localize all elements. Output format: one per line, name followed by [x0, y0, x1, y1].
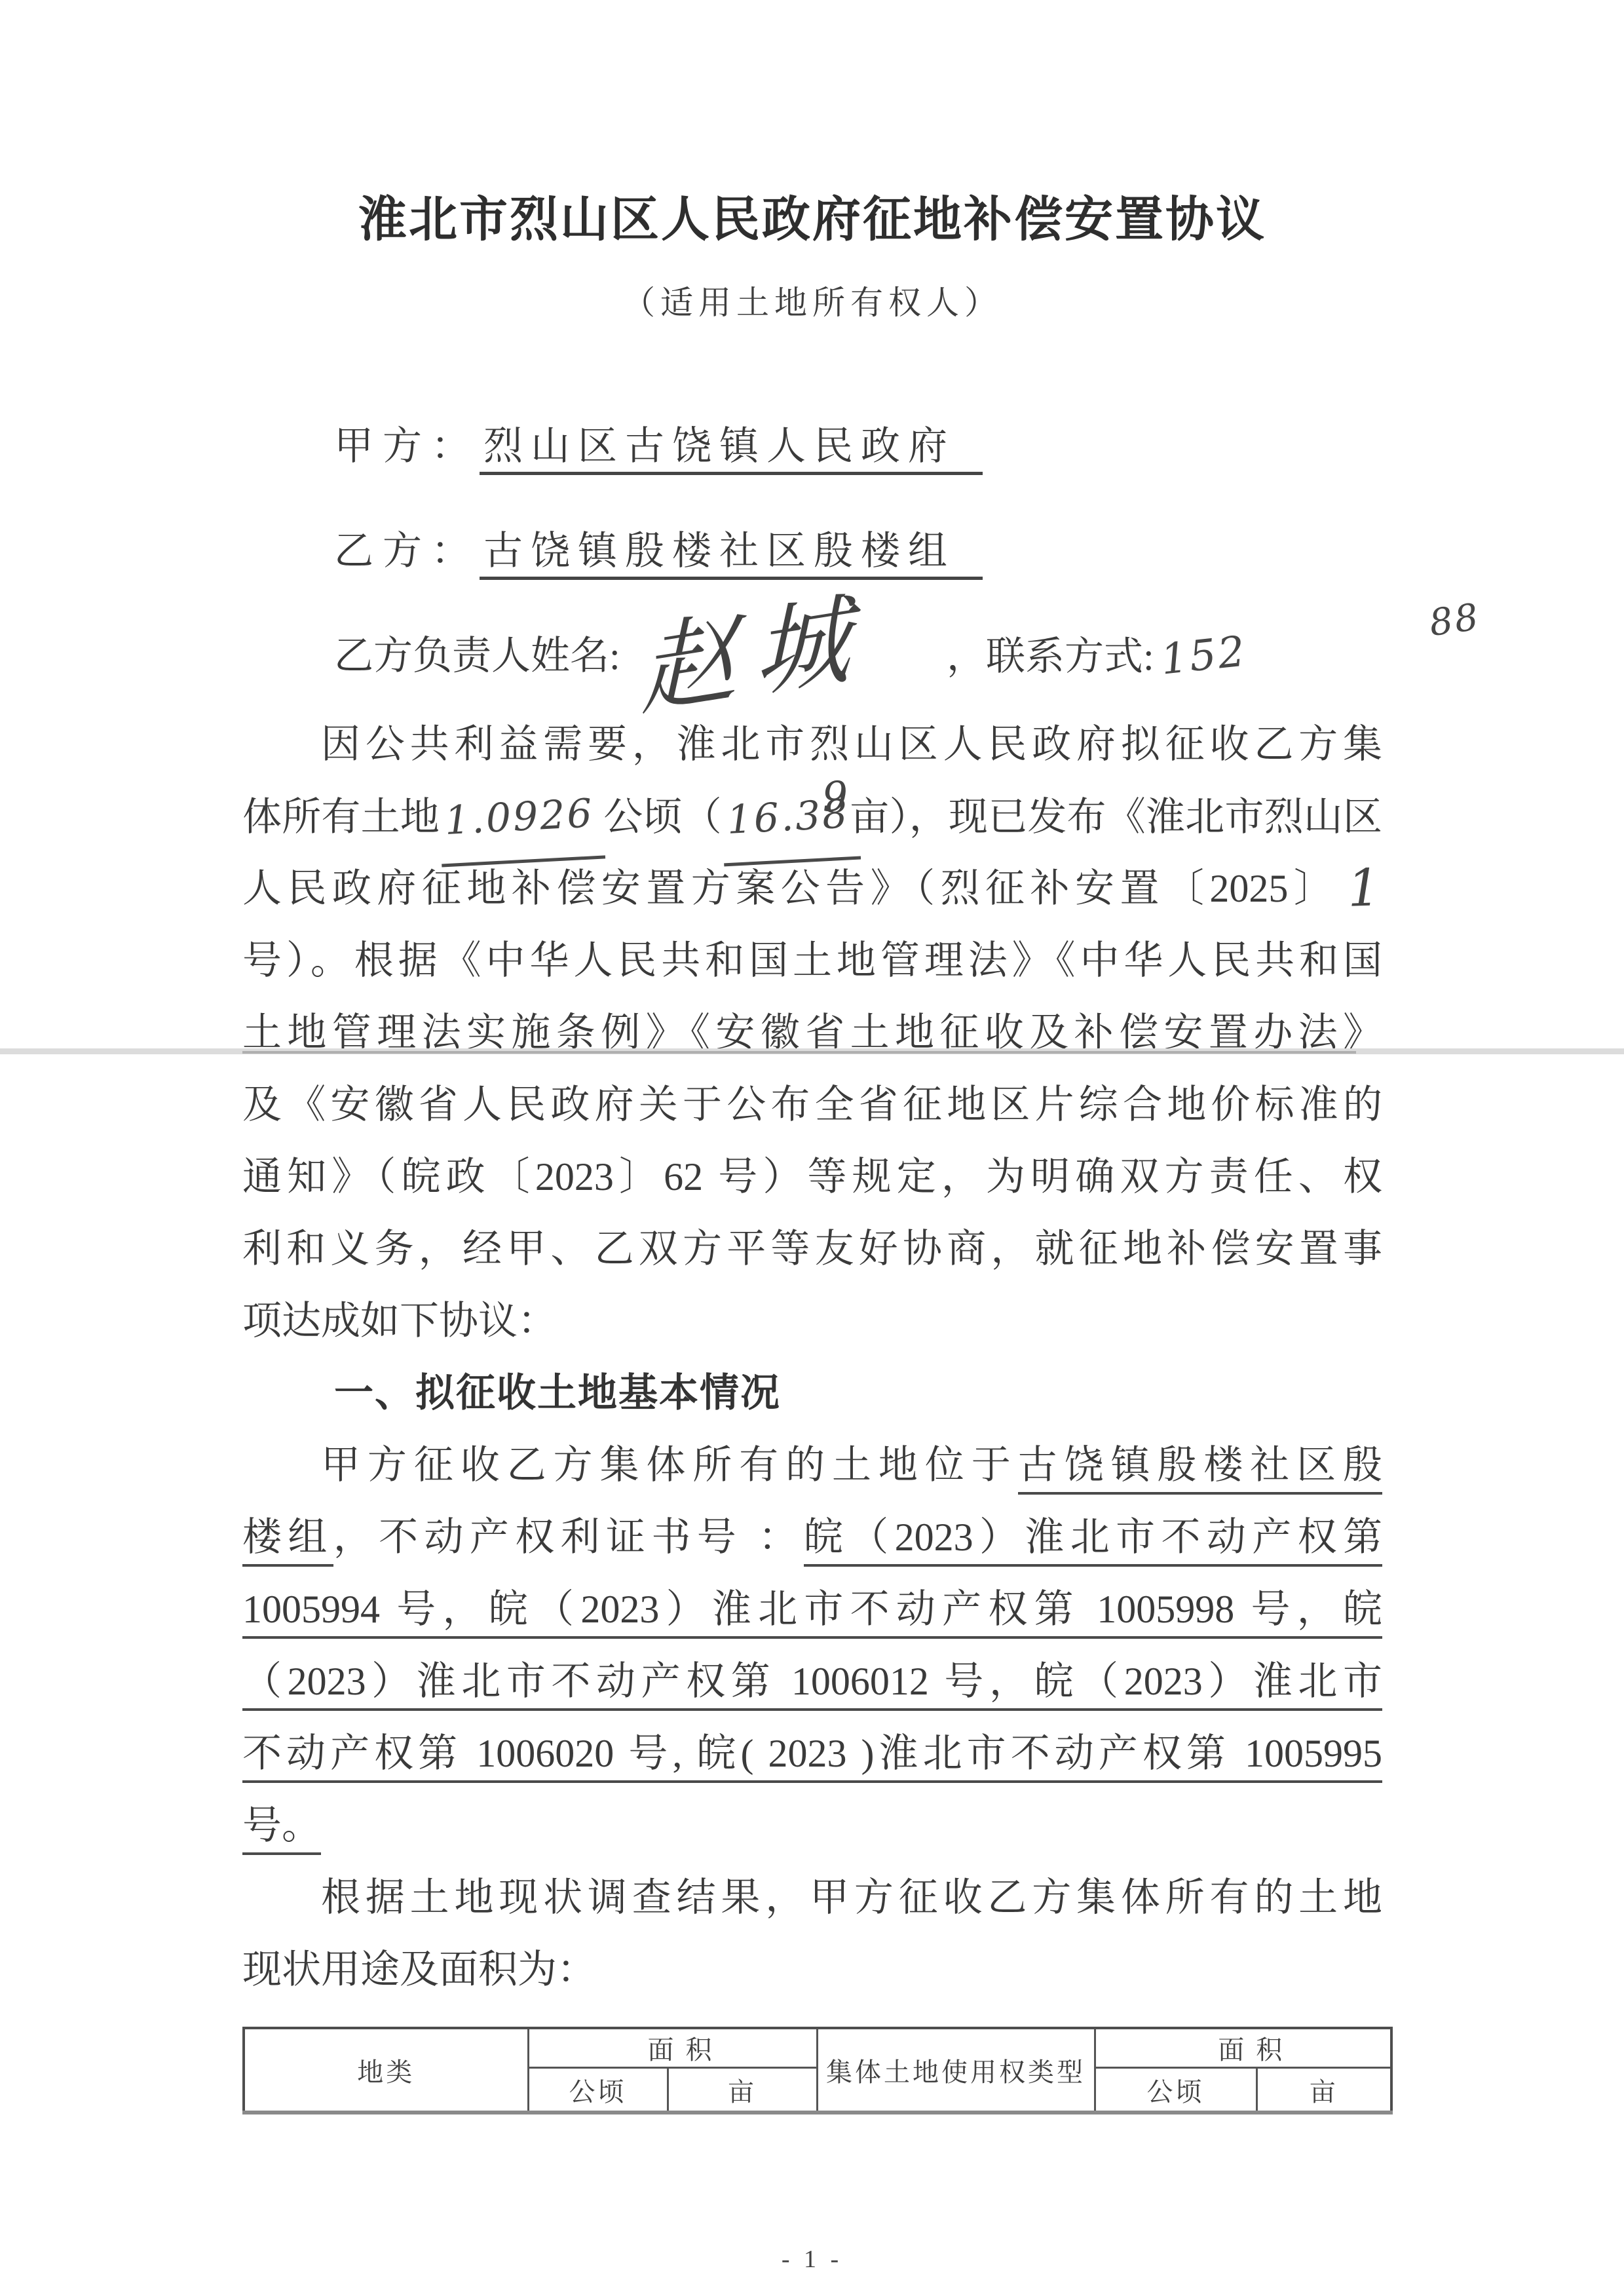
table-header-mu-right: 亩 [1256, 2068, 1391, 2113]
text-line: 1005994 号，皖（2023）淮北市不动产权第 1005998 号，皖 [242, 1573, 1382, 1645]
printed-text: 亩），现已发布《淮北市烈山区 [850, 795, 1382, 839]
printed-text: 号）。根据《中华人民共和国土地管理法》《中华人民共和国 [242, 939, 1382, 982]
text-line: 号。 [242, 1789, 1382, 1862]
handwritten-text: 9 [820, 760, 852, 833]
phone-handwriting: 152 [1157, 615, 1250, 697]
printed-text: 皖（2023）淮北市不动产权第 [804, 1516, 1382, 1567]
printed-text: 古饶镇殷楼社区殷 [1018, 1444, 1382, 1495]
printed-text: ，不动产权利证书号 ： [333, 1516, 804, 1559]
table-header-area-right: 面 积 [1095, 2028, 1391, 2068]
text-line: 现状用途及面积为： [242, 1934, 1382, 2006]
table-header-row-1: 地类 面 积 集体土地使用权类型 面 积 [244, 2028, 1391, 2068]
text-line: 通知》（皖政〔2023〕62 号）等规定，为明确双方责任、权 [242, 1141, 1382, 1213]
text-line: 及《安徽省人民政府关于公布全省征地区片综合地价标准的 [242, 1069, 1382, 1141]
table-header-right-type: 集体土地使用权类型 [817, 2028, 1095, 2113]
phone-fragment-handwriting: 88 [1425, 581, 1485, 660]
printed-text: 人民政府征地补偿安置方案公告》（烈征补安置〔2025〕 [242, 867, 1338, 910]
document-title: 淮北市烈山区人民政府征地补偿安置协议 [242, 0, 1382, 251]
text-line: 因公共利益需要，淮北市烈山区人民政府拟征收乙方集 [242, 708, 1382, 780]
text-line: （2023）淮北市不动产权第 1006012 号，皖（2023）淮北市 [242, 1645, 1382, 1717]
paragraph-preamble: 因公共利益需要，淮北市烈山区人民政府拟征收乙方集体所有土地1.0926公顷（16… [242, 708, 1382, 1357]
scan-artifact-line [242, 1051, 1356, 1054]
printed-text: 因公共利益需要，淮北市烈山区人民政府拟征收乙方集 [321, 723, 1382, 766]
printed-text: 不动产权第 1006020 号, 皖( 2023 )淮北市不动产权第 10059… [242, 1732, 1382, 1783]
document-content: 淮北市烈山区人民政府征地补偿安置协议 （适用土地所有权人） 甲方：烈山区古饶镇人… [242, 0, 1382, 2114]
table-header-mu-left: 亩 [668, 2068, 817, 2113]
party-b-line: 乙方：古饶镇殷楼社区殷楼组 [242, 514, 1382, 588]
party-a-label: 甲方： [334, 425, 480, 468]
printed-text: 甲方征收乙方集体所有的土地位于 [321, 1444, 1018, 1487]
printed-text: 通知》（皖政〔2023〕62 号）等规定，为明确双方责任、权 [242, 1155, 1382, 1198]
table-header-hectare-left: 公顷 [528, 2068, 668, 2113]
printed-text: 项达成如下协议： [242, 1299, 557, 1343]
text-line: 利和义务，经甲、乙双方平等友好协商，就征地补偿安置事 [242, 1213, 1382, 1285]
table-header-land-type: 地类 [244, 2028, 528, 2113]
party-b-contact-line: 乙方负责人姓名: 赵城 ，联系方式:152 88 [242, 619, 1382, 693]
text-line: 土地管理法实施条例》《安徽省土地征收及补偿安置办法》 [242, 997, 1382, 1069]
printed-text: 楼组 [242, 1516, 333, 1567]
text-line: 楼组，不动产权利证书号 ：皖（2023）淮北市不动产权第 [242, 1501, 1382, 1573]
text-line: 号）。根据《中华人民共和国土地管理法》《中华人民共和国 [242, 925, 1382, 997]
contact-phone-label: ，联系方式: [947, 635, 1154, 678]
party-a-value: 烈山区古饶镇人民政府 [480, 425, 983, 475]
text-line: 人民政府征地补偿安置方案公告》（烈征补安置〔2025〕1 [242, 852, 1382, 925]
land-area-table: 地类 面 积 集体土地使用权类型 面 积 公顷 亩 公顷 亩 [242, 2027, 1393, 2114]
document-subtitle: （适用土地所有权人） [242, 280, 1382, 326]
table-header-area-left: 面 积 [528, 2028, 817, 2068]
printed-text: （2023）淮北市不动产权第 1006012 号，皖（2023）淮北市 [242, 1660, 1382, 1711]
page-number: - 1 - [0, 2245, 1624, 2274]
parties-block: 甲方：烈山区古饶镇人民政府 乙方：古饶镇殷楼社区殷楼组 乙方负责人姓名: 赵城 … [242, 410, 1382, 693]
printed-text: 1005994 号，皖（2023）淮北市不动产权第 1005998 号，皖 [242, 1588, 1382, 1639]
paragraph-land-survey: 根据土地现状调查结果，甲方征收乙方集体所有的土地现状用途及面积为： [242, 1862, 1382, 2006]
handwritten-text: 1 [1346, 852, 1383, 925]
party-b-label: 乙方： [334, 529, 480, 573]
text-line: 甲方征收乙方集体所有的土地位于古饶镇殷楼社区殷 [242, 1429, 1382, 1501]
text-line: 项达成如下协议： [242, 1285, 1382, 1357]
printed-text: 根据土地现状调查结果，甲方征收乙方集体所有的土地 [321, 1876, 1382, 1919]
section-1-heading: 一、拟征收土地基本情况 [242, 1357, 1382, 1429]
party-a-line: 甲方：烈山区古饶镇人民政府 [242, 410, 1382, 483]
text-line: 根据土地现状调查结果，甲方征收乙方集体所有的土地 [242, 1862, 1382, 1934]
text-line: 不动产权第 1006020 号, 皖( 2023 )淮北市不动产权第 10059… [242, 1717, 1382, 1789]
printed-text: 公顷（ [603, 795, 722, 839]
party-b-value: 古饶镇殷楼社区殷楼组 [480, 529, 983, 580]
text-line: 体所有土地1.0926公顷（16.389亩），现已发布《淮北市烈山区 [242, 780, 1382, 852]
printed-text: 及《安徽省人民政府关于公布全省征地区片综合地价标准的 [242, 1083, 1382, 1126]
printed-text: 利和义务，经甲、乙双方平等友好协商，就征地补偿安置事 [242, 1227, 1382, 1271]
printed-text: 体所有土地 [242, 795, 440, 839]
printed-text: 现状用途及面积为： [242, 1948, 596, 1991]
document-page: 淮北市烈山区人民政府征地补偿安置协议 （适用土地所有权人） 甲方：烈山区古饶镇人… [0, 0, 1624, 2296]
printed-text: 号。 [242, 1804, 321, 1855]
contact-name-label: 乙方负责人姓名: [334, 634, 620, 678]
contact-phone-group: ，联系方式:152 [947, 619, 1247, 693]
table-header-hectare-right: 公顷 [1095, 2068, 1256, 2113]
paragraph-land-certificates: 甲方征收乙方集体所有的土地位于古饶镇殷楼社区殷楼组，不动产权利证书号 ：皖（20… [242, 1429, 1382, 1862]
handwritten-text: 1.0926 [438, 777, 605, 868]
